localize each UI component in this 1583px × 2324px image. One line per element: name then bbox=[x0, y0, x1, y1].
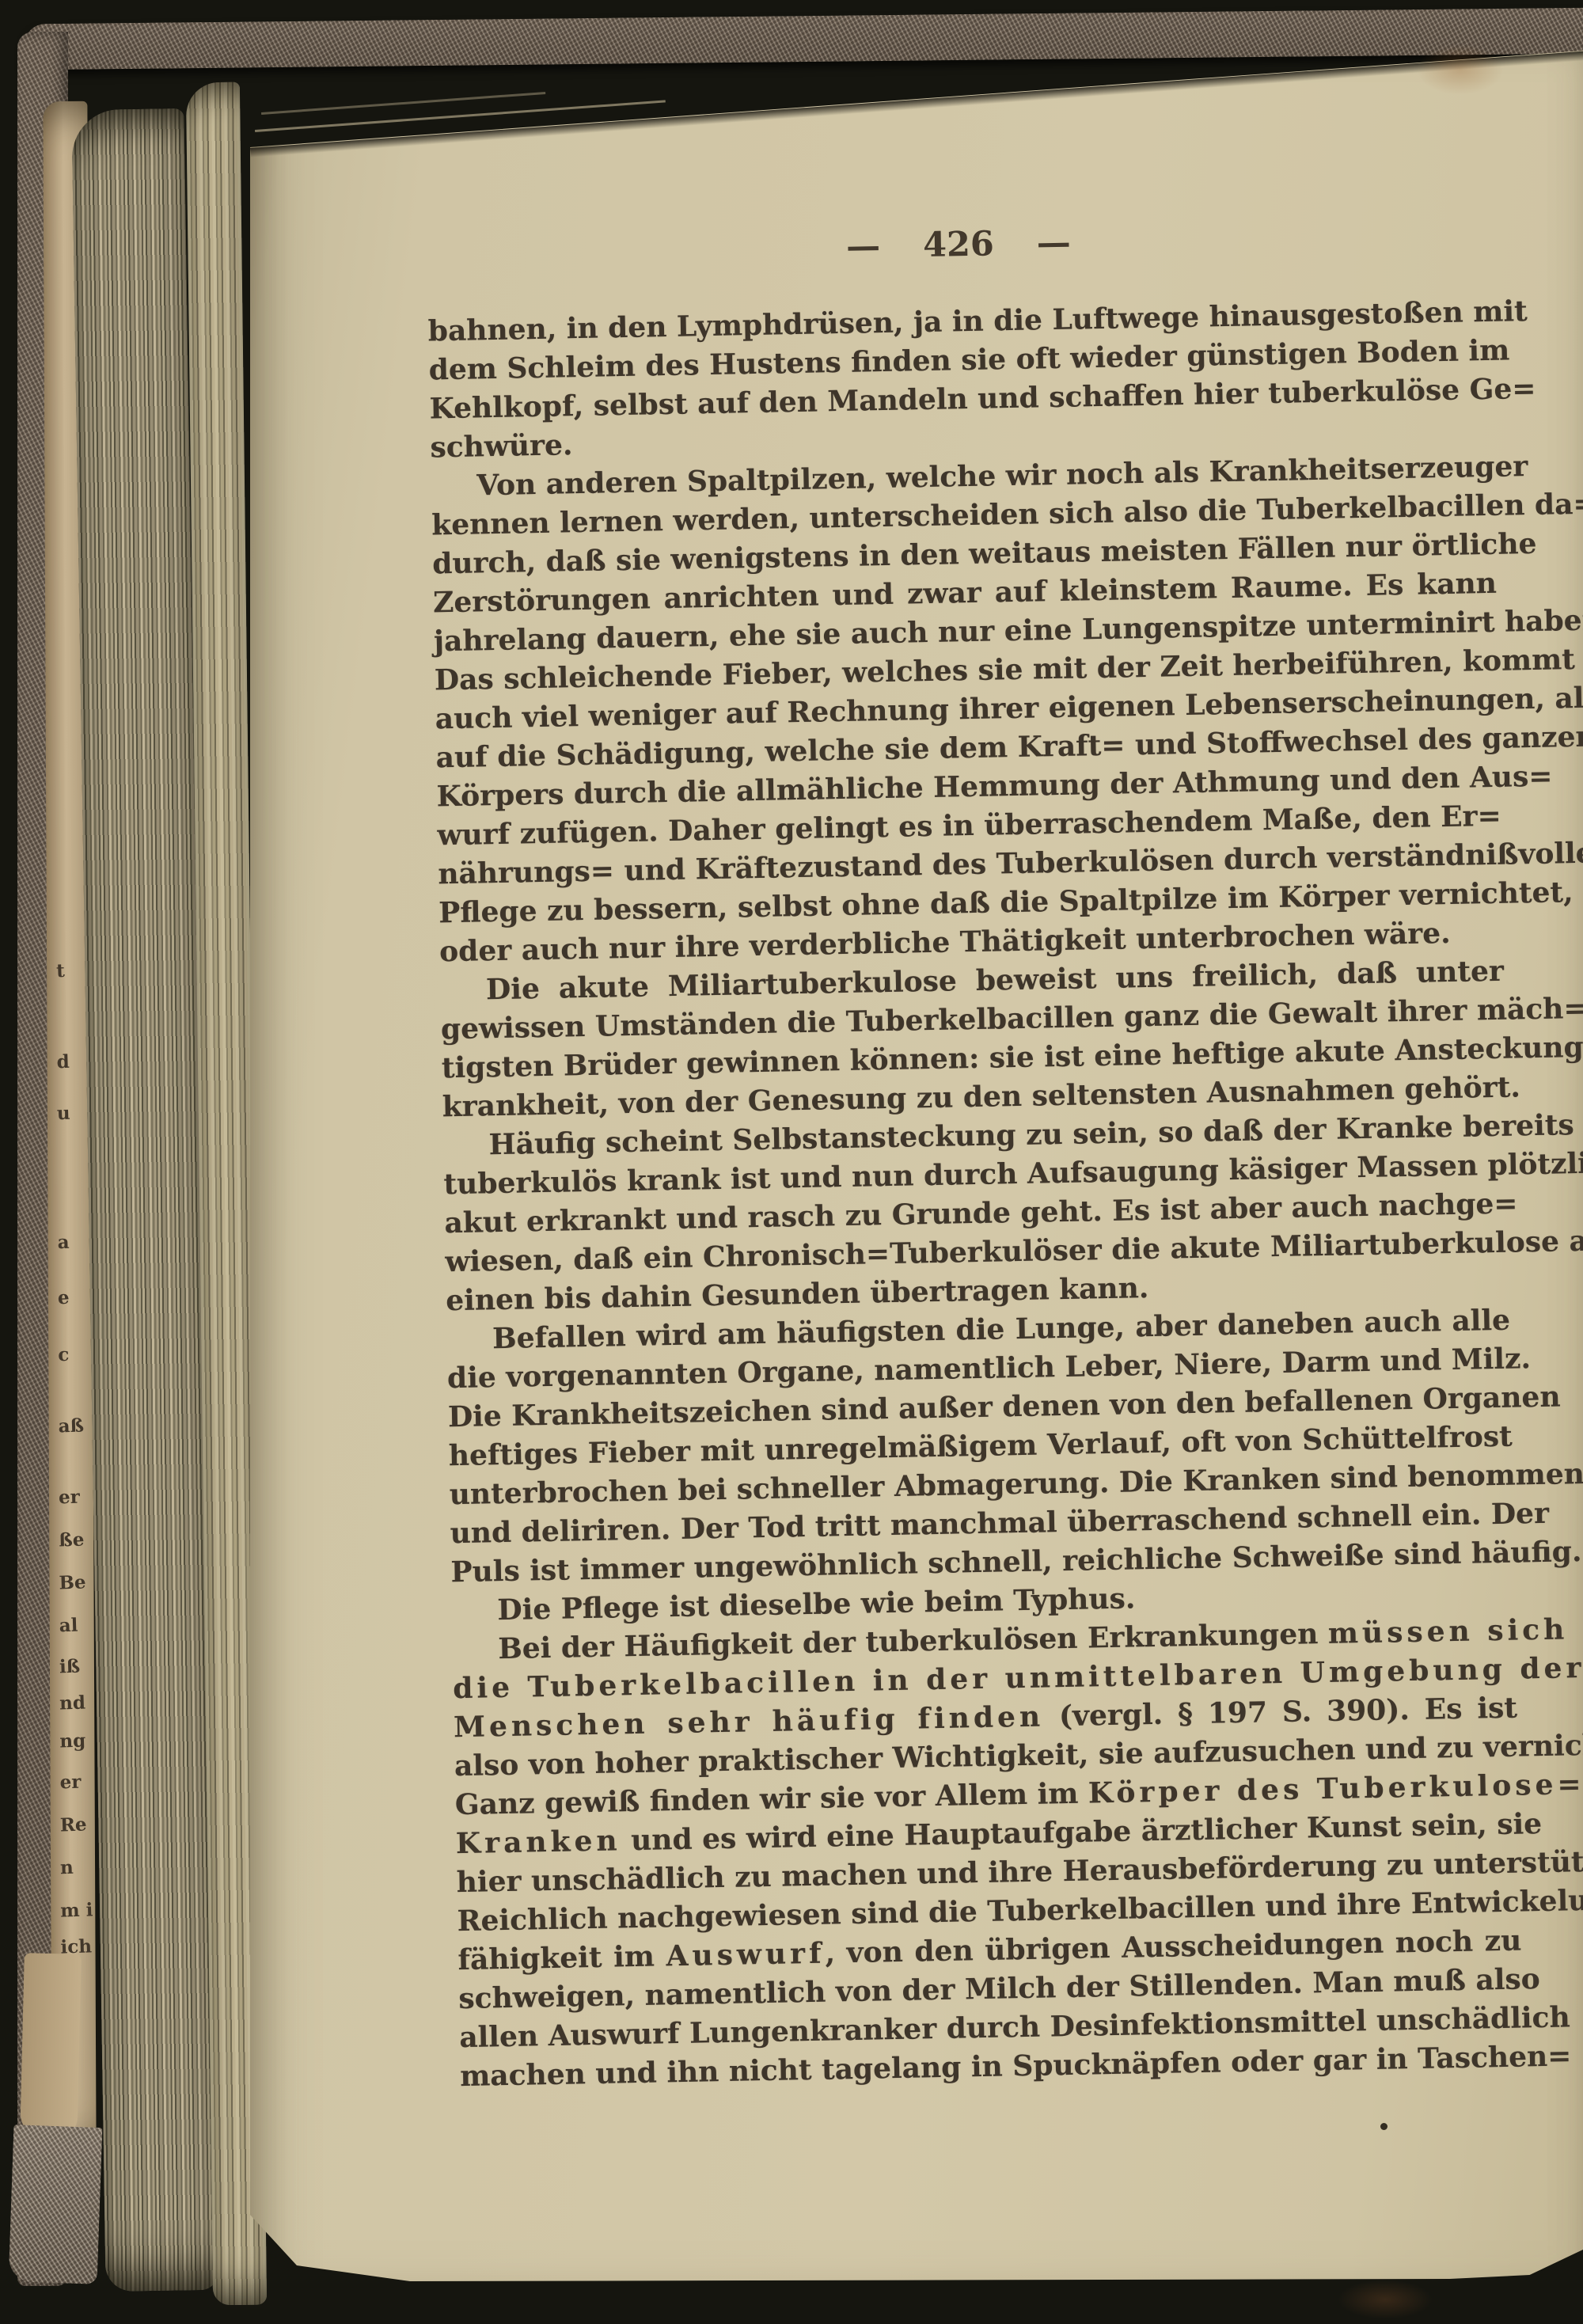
cover-corner-patch bbox=[9, 2125, 103, 2284]
page-number: 426 bbox=[923, 224, 995, 265]
spine-text-fragment: u bbox=[57, 1104, 70, 1123]
letterspaced-text: müssen sich bbox=[1327, 1612, 1568, 1650]
book-scan: tduaecaßerßeBealißndngerRenm iich — 426 … bbox=[0, 0, 1583, 2324]
letterspaced-text: Kranken bbox=[455, 1824, 621, 1860]
letterspaced-text: Körper des Tuberkulose= bbox=[1088, 1768, 1583, 1809]
spine-text-fragment: er bbox=[59, 1773, 81, 1792]
spine-text-fragment: nd bbox=[59, 1693, 85, 1712]
text-segment: schwüre. bbox=[430, 428, 573, 464]
text-segment: fähigkeit im bbox=[457, 1939, 666, 1977]
text-block: bahnen, in den Lymphdrüsen, ja in die Lu… bbox=[427, 293, 1524, 2096]
text-segment: (vergl. § 197 S. 390). Es ist bbox=[1044, 1692, 1518, 1734]
page-text-layer: — 426 — bahnen, in den Lymphdrüsen, ja i… bbox=[427, 212, 1524, 2096]
spine-text-fragment: m i bbox=[60, 1901, 93, 1920]
spine-text-fragment: Be bbox=[59, 1573, 86, 1592]
spine-text-fragment: al bbox=[59, 1616, 78, 1635]
header-dash-left: — bbox=[846, 226, 881, 267]
paper-stain bbox=[1338, 2280, 1433, 2319]
spine-text-fragment: Re bbox=[59, 1815, 86, 1834]
spine-text-fragment: n bbox=[60, 1859, 74, 1878]
ink-dot bbox=[1380, 2123, 1387, 2130]
spine-text-fragment: iß bbox=[59, 1658, 81, 1677]
letterspaced-text: Auswurf bbox=[666, 1937, 826, 1973]
spine-text-fragment: c bbox=[58, 1346, 70, 1364]
spine-text-fragment: t bbox=[56, 962, 65, 980]
header-dash-right: — bbox=[1036, 223, 1071, 264]
spine-paper-flap bbox=[20, 1953, 82, 2141]
spine-text-fragment: a bbox=[57, 1233, 70, 1251]
spine-text-fragment: er bbox=[59, 1488, 80, 1507]
spine-text-fragment: ße bbox=[59, 1531, 85, 1550]
spine-text-fragment: d bbox=[56, 1053, 70, 1071]
spine-text-fragment: ng bbox=[59, 1731, 85, 1750]
book-cover-top-edge bbox=[24, 8, 1583, 70]
spine-text-fragment: e bbox=[58, 1289, 70, 1307]
spine-text-fragment: aß bbox=[58, 1417, 84, 1436]
paper-stain bbox=[1417, 44, 1504, 95]
